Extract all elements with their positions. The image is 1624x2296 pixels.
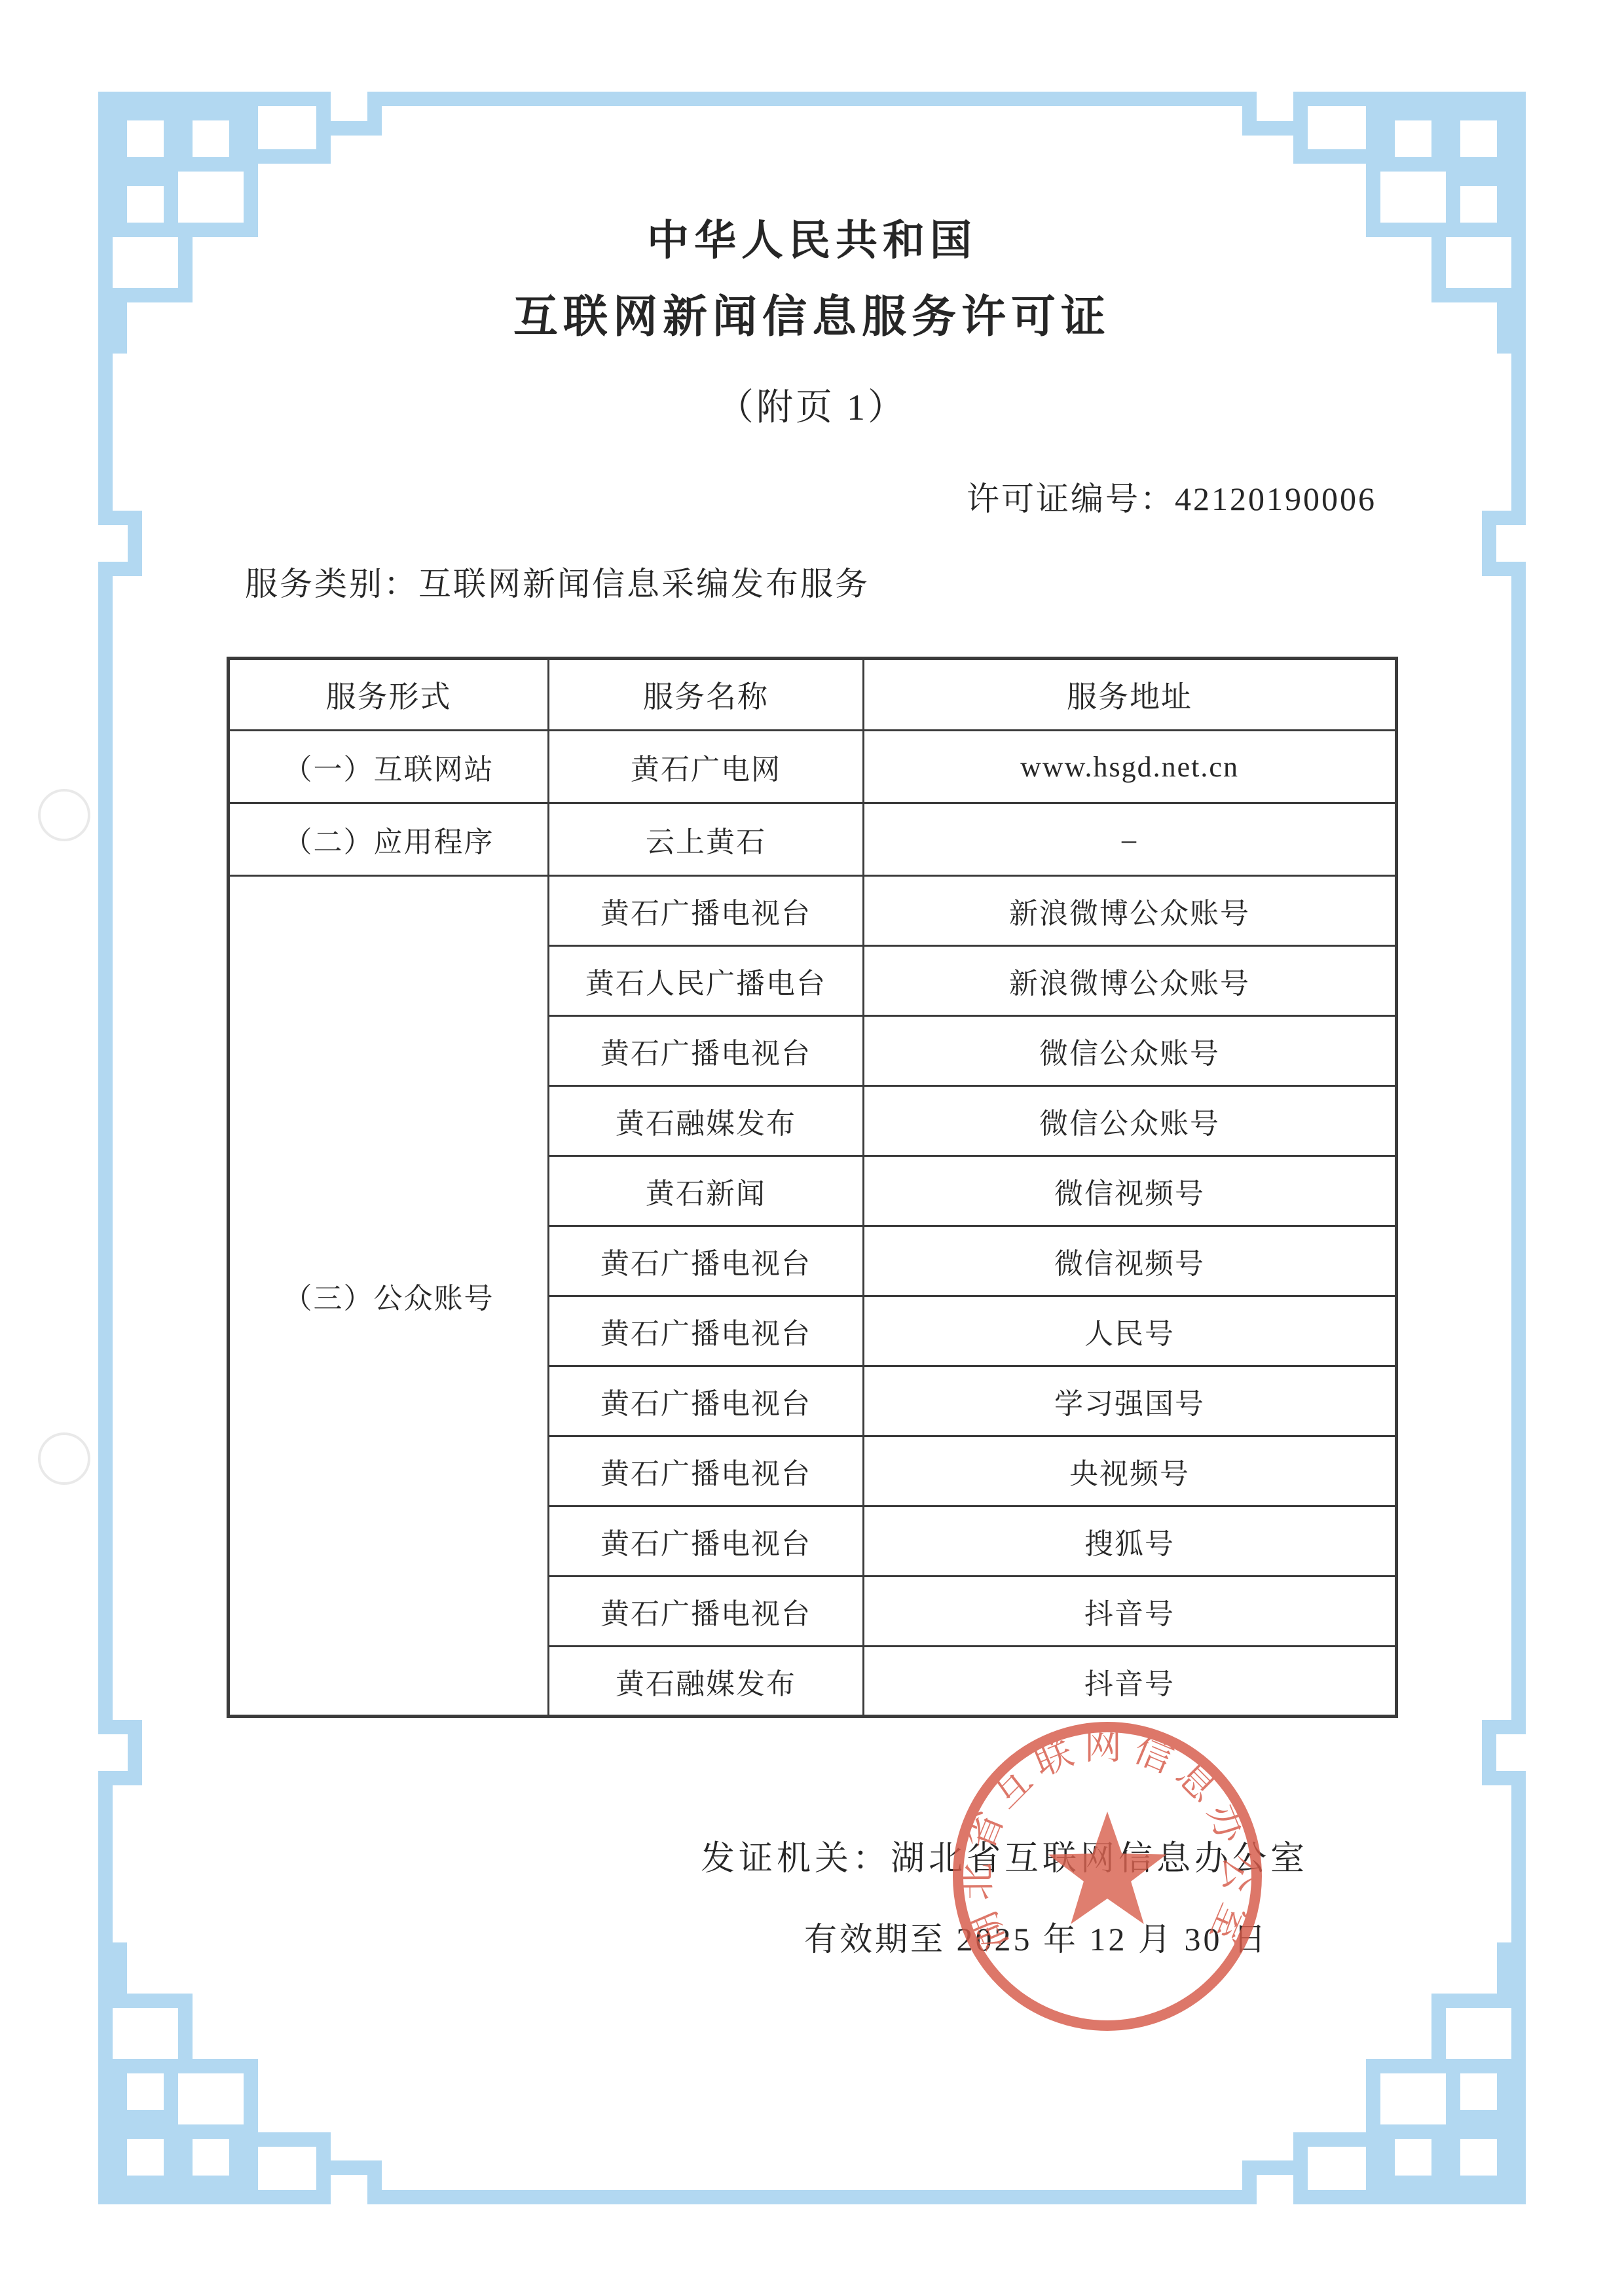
punch-hole-artifact — [38, 1432, 90, 1485]
service-address-cell: 抖音号 — [864, 1576, 1397, 1647]
service-form-cell: （三）公众账号 — [229, 876, 549, 1717]
service-address-cell: 抖音号 — [864, 1647, 1397, 1717]
service-name-cell: 黄石人民广播电台 — [549, 946, 864, 1016]
table-row: （二）应用程序云上黄石– — [229, 803, 1397, 876]
license-title: 互联网新闻信息服务许可证 — [0, 282, 1624, 345]
service-name-cell: 云上黄石 — [549, 803, 864, 876]
country-title: 中华人民共和国 — [0, 207, 1624, 267]
service-category: 服务类别：互联网新闻信息采编发布服务 — [245, 558, 870, 605]
service-address-cell: 微信视频号 — [864, 1156, 1397, 1226]
service-address-cell: 学习强国号 — [864, 1366, 1397, 1436]
license-document-page: 中华人民共和国 互联网新闻信息服务许可证 （附页 1） 许可证编号：421201… — [0, 0, 1624, 2296]
service-address-cell: 新浪微博公众账号 — [864, 946, 1397, 1016]
table-row: （一）互联网站黄石广电网www.hsgd.net.cn — [229, 731, 1397, 803]
service-name-cell: 黄石广播电视台 — [549, 1576, 864, 1647]
table-header-2: 服务地址 — [864, 659, 1397, 731]
service-name-cell: 黄石广播电视台 — [549, 1016, 864, 1086]
table-header-0: 服务形式 — [229, 659, 549, 731]
service-address-cell: 搜狐号 — [864, 1506, 1397, 1576]
service-form-cell: （二）应用程序 — [229, 803, 549, 876]
services-table: 服务形式服务名称服务地址（一）互联网站黄石广电网www.hsgd.net.cn（… — [227, 657, 1398, 1718]
table-row: （三）公众账号黄石广播电视台新浪微博公众账号 — [229, 876, 1397, 946]
service-address-cell: 央视频号 — [864, 1436, 1397, 1506]
service-name-cell: 黄石融媒发布 — [549, 1086, 864, 1156]
license-number: 许可证编号：42120190006 — [967, 473, 1376, 520]
service-form-cell: （一）互联网站 — [229, 731, 549, 803]
service-name-cell: 黄石融媒发布 — [549, 1647, 864, 1717]
issuing-authority: 发证机关：湖北省互联网信息办公室 — [701, 1831, 1308, 1880]
service-address-cell: 微信视频号 — [864, 1226, 1397, 1296]
service-address-cell: 新浪微博公众账号 — [864, 876, 1397, 946]
service-name-cell: 黄石广播电视台 — [549, 1226, 864, 1296]
service-name-cell: 黄石广电网 — [549, 731, 864, 803]
service-name-cell: 黄石新闻 — [549, 1156, 864, 1226]
service-address-cell: 微信公众账号 — [864, 1016, 1397, 1086]
service-name-cell: 黄石广播电视台 — [549, 1296, 864, 1366]
service-name-cell: 黄石广播电视台 — [549, 1506, 864, 1576]
punch-hole-artifact — [38, 789, 90, 841]
attachment-page-label: （附页 1） — [0, 378, 1624, 431]
service-address-cell: www.hsgd.net.cn — [864, 731, 1397, 803]
service-address-cell: 人民号 — [864, 1296, 1397, 1366]
service-address-cell: 微信公众账号 — [864, 1086, 1397, 1156]
service-address-cell: – — [864, 803, 1397, 876]
service-name-cell: 黄石广播电视台 — [549, 1436, 864, 1506]
service-name-cell: 黄石广播电视台 — [549, 1366, 864, 1436]
table-header-1: 服务名称 — [549, 659, 864, 731]
validity-date: 有效期至 2025 年 12 月 30 日 — [804, 1913, 1268, 1960]
service-name-cell: 黄石广播电视台 — [549, 876, 864, 946]
